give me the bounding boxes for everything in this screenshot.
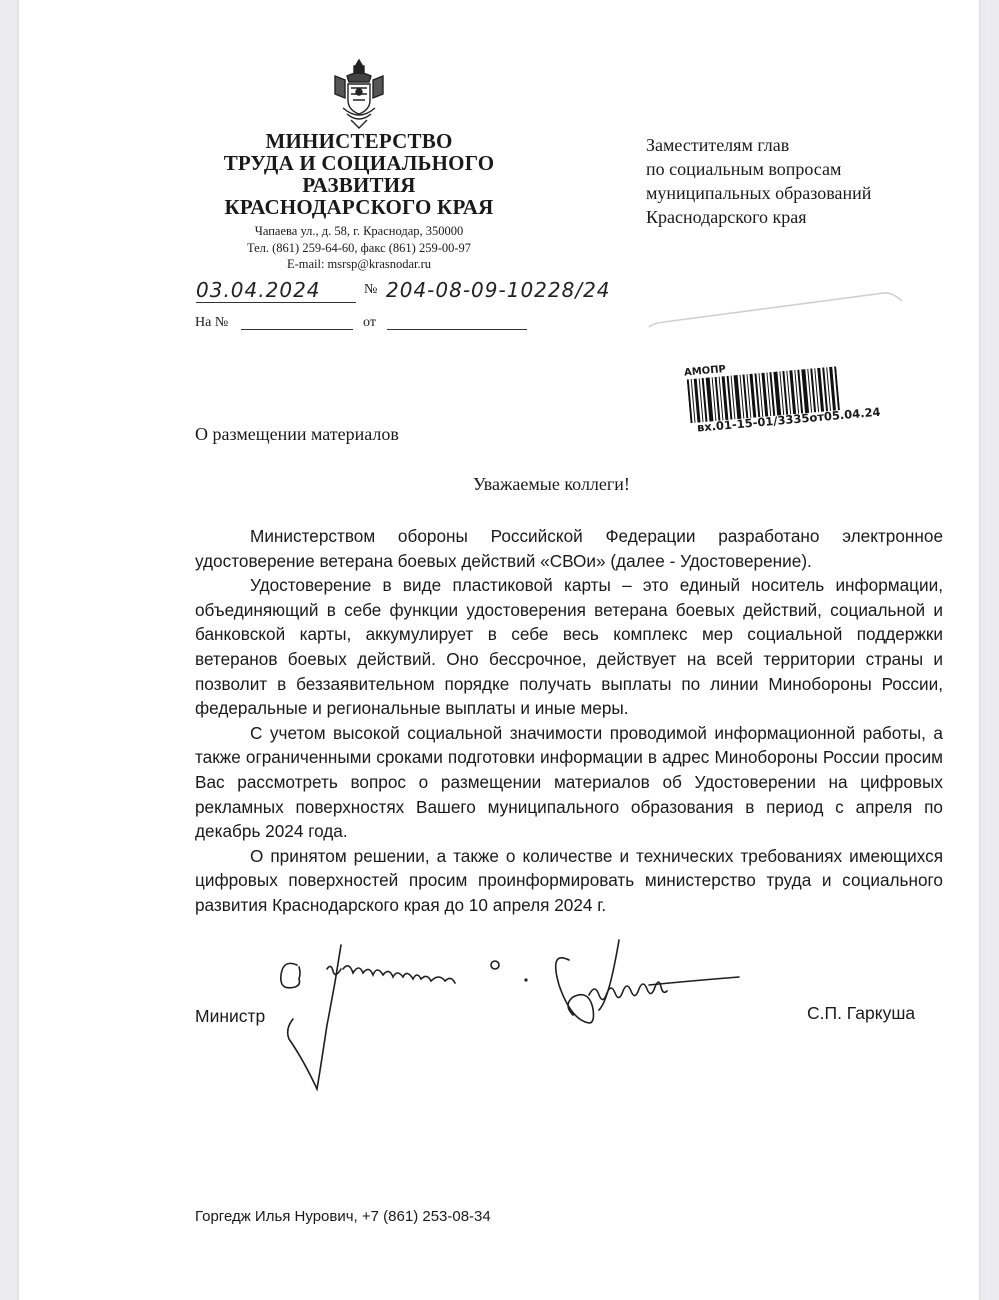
reference-number-label: На № <box>195 315 228 331</box>
incoming-registration-stamp: АМОПР <box>679 342 895 440</box>
addressee-line: по социальным вопросам <box>646 157 946 181</box>
org-line: ТРУДА И СОЦИАЛЬНОГО <box>169 152 549 174</box>
body-paragraph: О принятом решении, а также о количестве… <box>195 844 943 918</box>
signatory-name: С.П. Гаркуша <box>807 1003 915 1024</box>
org-line: МИНИСТЕРСТВО <box>169 130 549 152</box>
reference-number-blank <box>241 329 353 330</box>
page-edge <box>987 0 988 1300</box>
body-paragraph: Министерством обороны Российской Федерац… <box>195 524 943 573</box>
registration-number-label: № <box>364 282 377 298</box>
body-paragraph: Удостоверение в виде пластиковой карты –… <box>195 573 943 721</box>
executor-contact: Горгедж Илья Нурович, +7 (861) 253-08-34 <box>195 1208 491 1225</box>
org-line: КРАСНОДАРСКОГО КРАЯ <box>169 196 549 218</box>
email-line: E-mail: msrsp@krasnodar.ru <box>169 256 549 273</box>
org-line: РАЗВИТИЯ <box>169 174 549 196</box>
phone-fax-line: Тел. (861) 259-64-60, факс (861) 259-00-… <box>169 240 549 257</box>
signatory-role: Министр <box>195 1006 265 1027</box>
organization-name: МИНИСТЕРСТВО ТРУДА И СОЦИАЛЬНОГО РАЗВИТИ… <box>169 130 549 218</box>
body-paragraph: С учетом высокой социальной значимости п… <box>195 721 943 844</box>
greeting: Уважаемые коллеги! <box>473 474 630 495</box>
addressee-line: Краснодарского края <box>646 205 946 229</box>
addressee-block: Заместителям глав по социальным вопросам… <box>646 133 946 229</box>
reference-date-label: от <box>363 315 376 331</box>
letter-subject: О размещении материалов <box>195 424 399 445</box>
coat-of-arms-icon <box>329 58 389 130</box>
organization-address: Чапаева ул., д. 58, г. Краснодар, 350000… <box>169 223 549 273</box>
document-page: МИНИСТЕРСТВО ТРУДА И СОЦИАЛЬНОГО РАЗВИТИ… <box>19 0 979 1300</box>
addressee-line: муниципальных образований <box>646 181 946 205</box>
reference-date-blank <box>387 329 527 330</box>
letter-body: Министерством обороны Российской Федерац… <box>195 524 943 918</box>
addressee-line: Заместителям глав <box>646 133 946 157</box>
address-line: Чапаева ул., д. 58, г. Краснодар, 350000 <box>169 223 549 240</box>
registration-date: 03.04.2024 <box>196 278 356 303</box>
handwritten-signature-icon <box>269 935 749 1095</box>
registration-number: 204-08-09-10228/24 <box>386 278 611 302</box>
stamp-edge-line <box>644 285 914 345</box>
